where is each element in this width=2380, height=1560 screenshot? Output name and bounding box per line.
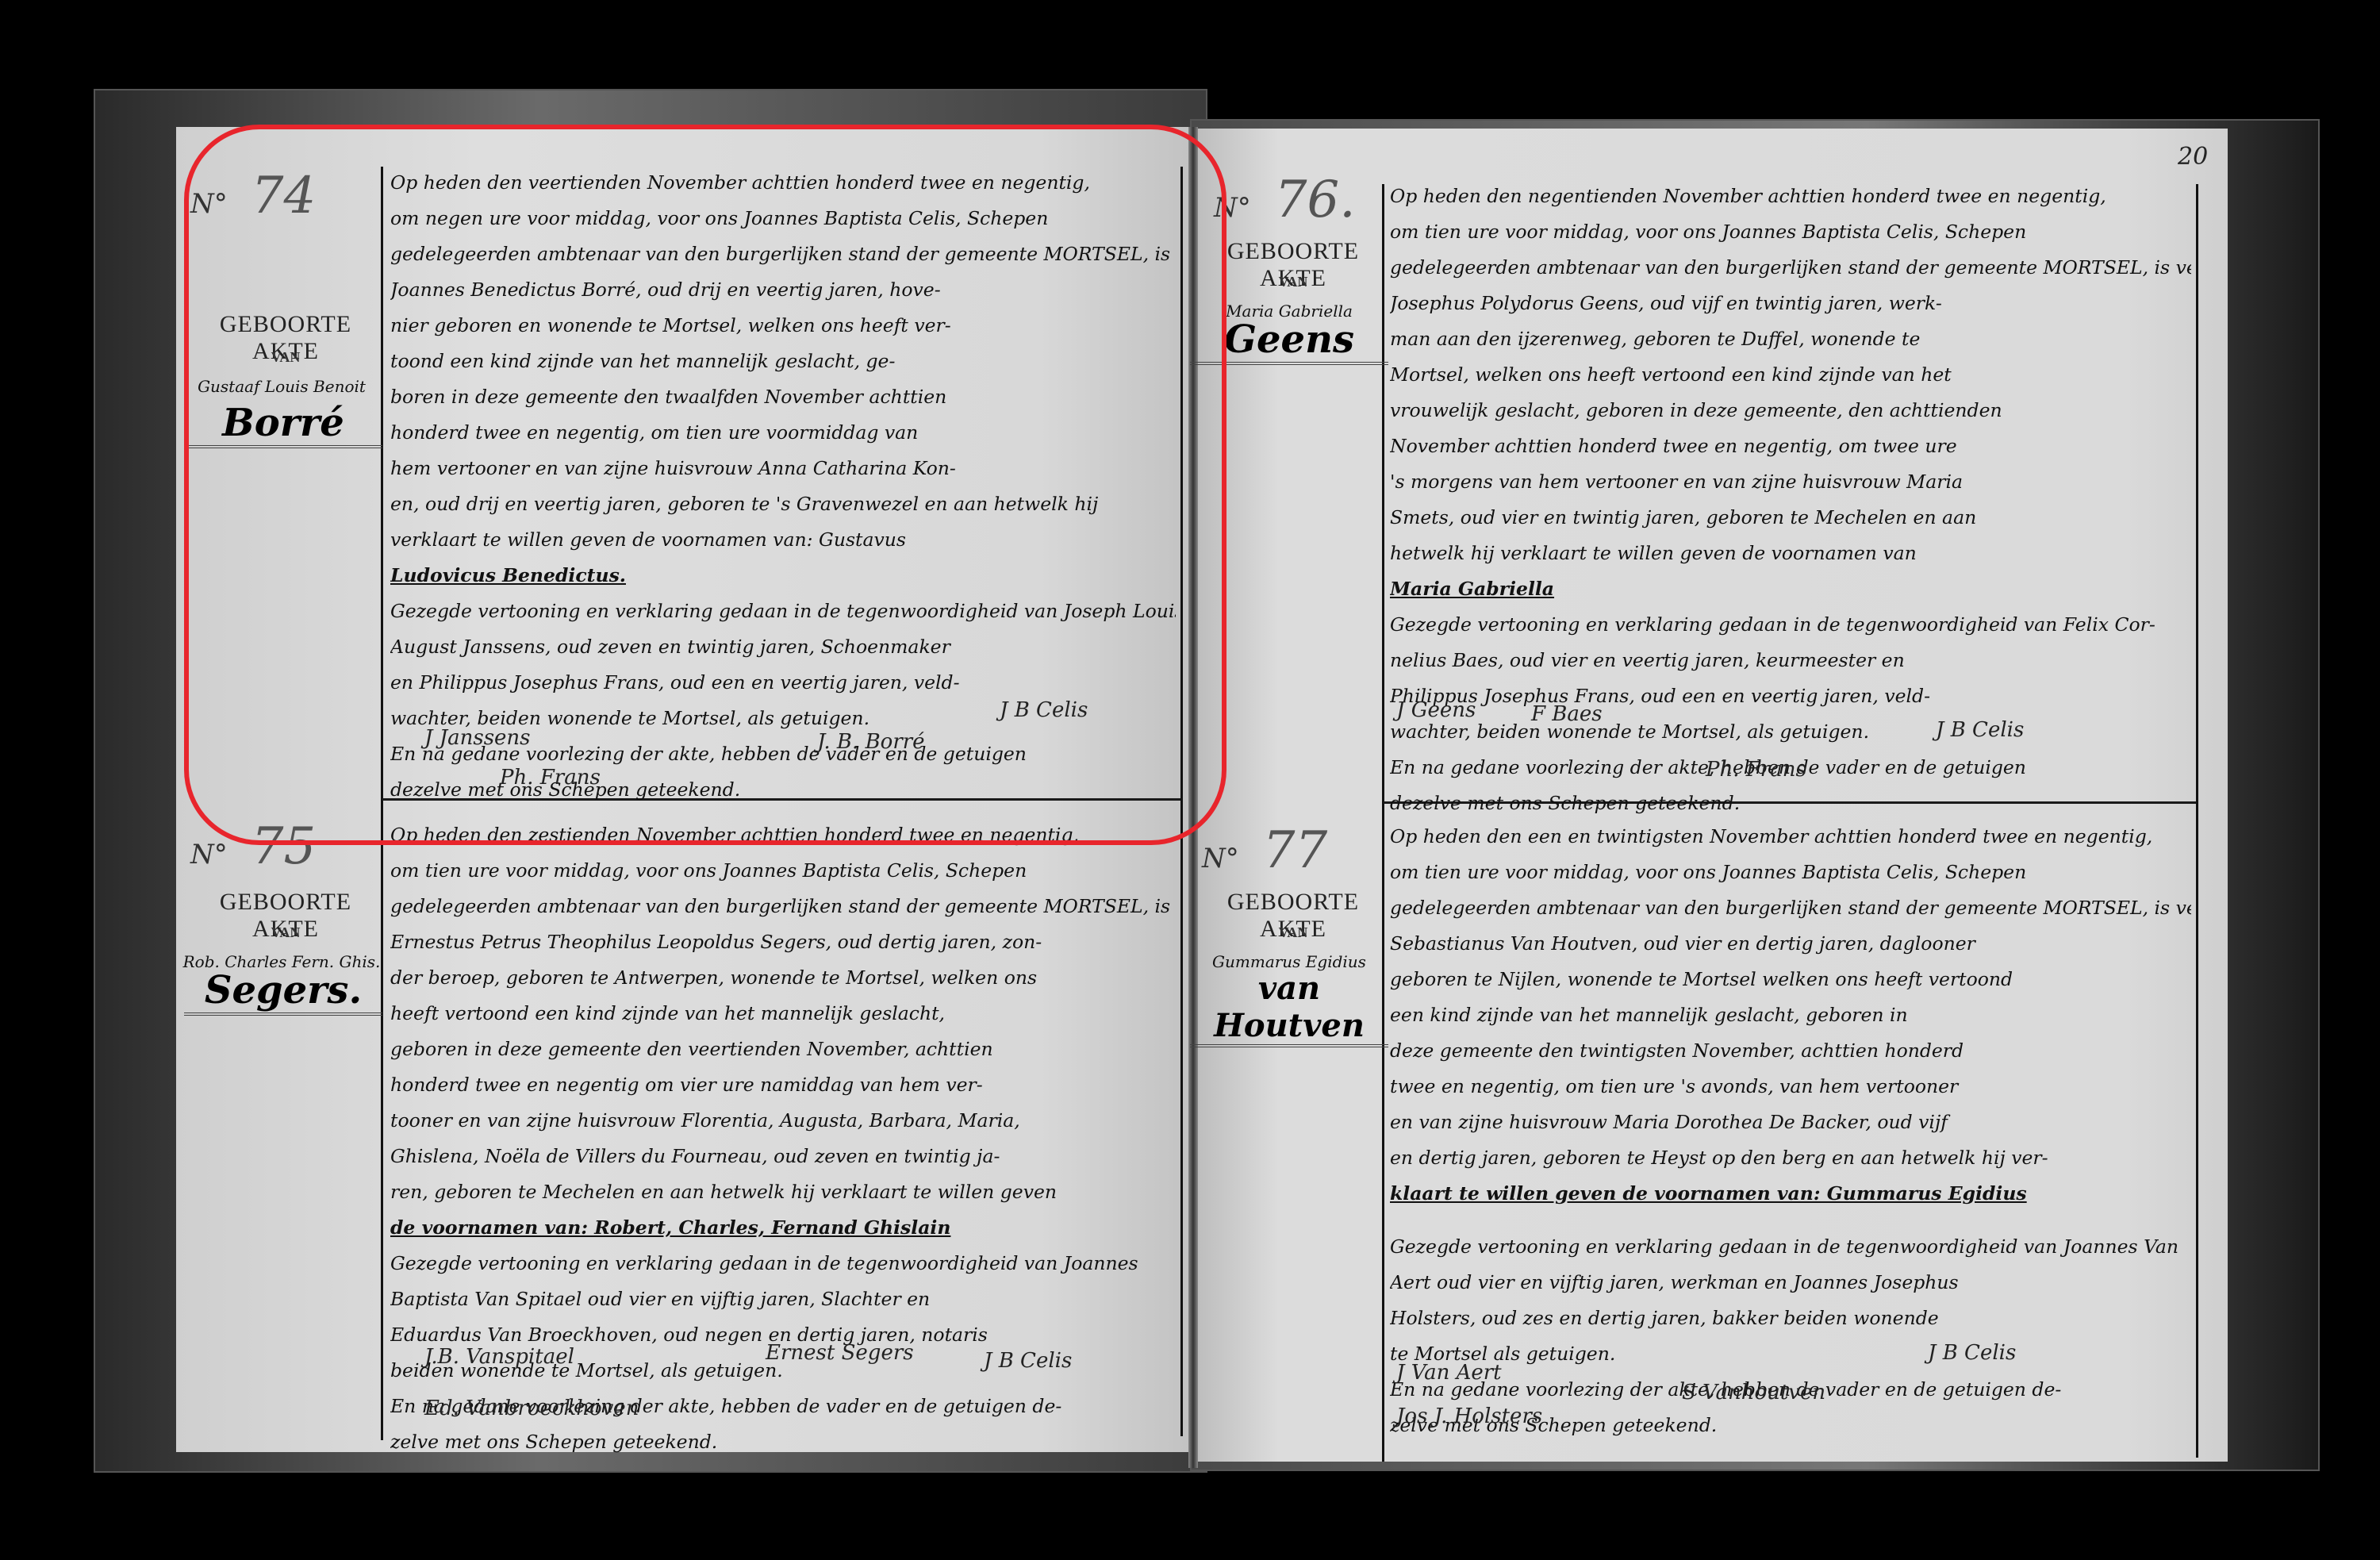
number-value: 77 bbox=[1263, 821, 1327, 880]
given-names-line: Ludovicus Benedictus. bbox=[390, 558, 1176, 594]
text-line: Joannes Benedictus Borré, oud drij en ve… bbox=[390, 272, 1176, 308]
text-line: Smets, oud vier en twintig jaren, gebore… bbox=[1390, 500, 2191, 536]
text-line: honderd twee en negentig, om tien ure vo… bbox=[390, 415, 1176, 451]
entry-van: VAN bbox=[190, 924, 381, 941]
entry-number: N°75 bbox=[190, 817, 316, 876]
text-line: boren in deze gemeente den twaalfden Nov… bbox=[390, 379, 1176, 415]
text-line: Philippus Josephus Frans, oud een en vee… bbox=[1390, 678, 2191, 714]
signature: Jos J. Holsters bbox=[1396, 1404, 1542, 1428]
number-label: N° bbox=[1214, 192, 1251, 224]
signature: J. B. Borré bbox=[817, 730, 925, 754]
text-line: geboren in deze gemeente den veertienden… bbox=[390, 1032, 1176, 1067]
text-line: om tien ure voor middag, voor ons Joanne… bbox=[390, 853, 1176, 889]
signature: J B Celis bbox=[1936, 718, 2024, 742]
signature: S Vanhoutven bbox=[1682, 1381, 1825, 1404]
child-given-names: Gummarus Egidius bbox=[1190, 952, 1388, 971]
text-line: gedelegeerden ambtenaar van den burgerli… bbox=[390, 236, 1176, 272]
text-line: Gezegde vertooning en verklaring gedaan … bbox=[390, 594, 1176, 629]
page-number: 20 bbox=[2178, 143, 2208, 171]
text-line: Op heden den zestienden November achttie… bbox=[390, 817, 1176, 853]
signature: J B Celis bbox=[984, 1349, 1072, 1373]
text-line: zelve met ons Schepen geteekend. bbox=[390, 1424, 1176, 1460]
text-line: dezelve met ons Schepen geteekend. bbox=[1390, 786, 2191, 821]
number-label: N° bbox=[190, 188, 228, 220]
text-line: Holsters, oud zes en dertig jaren, bakke… bbox=[1390, 1301, 2191, 1336]
text-line: Sebastianus Van Houtven, oud vier en der… bbox=[1390, 926, 2191, 962]
text-line: 's morgens van hem vertooner en van zijn… bbox=[1390, 464, 2191, 500]
text-line: nelius Baes, oud vier en veertig jaren, … bbox=[1390, 643, 2191, 678]
child-given-names: Gustaaf Louis Benoit bbox=[182, 377, 381, 396]
child-surname: Segers. bbox=[184, 968, 382, 1016]
text-line: ren, geboren te Mechelen en aan hetwelk … bbox=[390, 1174, 1176, 1210]
text-line: Aert oud vier en vijftig jaren, werkman … bbox=[1390, 1265, 2191, 1301]
text-line: Op heden den negentienden November achtt… bbox=[1390, 179, 2191, 214]
text-line: twee en negentig, om tien ure 's avonds,… bbox=[1390, 1069, 2191, 1105]
entry-number: N°74 bbox=[190, 167, 316, 225]
text-line: hem vertooner en van zijne huisvrouw Ann… bbox=[390, 451, 1176, 486]
text-line: tooner en van zijne huisvrouw Florentia,… bbox=[390, 1103, 1176, 1139]
signature: J B Celis bbox=[1000, 698, 1088, 722]
text-line: Gezegde vertooning en verklaring gedaan … bbox=[1390, 607, 2191, 643]
given-names-line: klaart te willen geven de voornamen van:… bbox=[1390, 1176, 2191, 1212]
text-line: honderd twee en negentig om vier ure nam… bbox=[390, 1067, 1176, 1103]
text-line: Ernestus Petrus Theophilus Leopoldus Seg… bbox=[390, 924, 1176, 960]
text-line: November achttien honderd twee en negent… bbox=[1390, 428, 2191, 464]
child-surname: Borré bbox=[184, 401, 382, 448]
text-line: Josephus Polydorus Geens, oud vijf en tw… bbox=[1390, 286, 2191, 321]
text-line: Op heden den een en twintigsten November… bbox=[1390, 819, 2191, 855]
text-line: Mortsel, welken ons heeft vertoond een k… bbox=[1390, 357, 2191, 393]
text-line: Gezegde vertooning en verklaring gedaan … bbox=[1390, 1229, 2191, 1265]
text-line: Ghislena, Noëla de Villers du Fourneau, … bbox=[390, 1139, 1176, 1174]
text-line: te Mortsel als getuigen. bbox=[1390, 1336, 2191, 1372]
signature: Ph. Frans bbox=[1706, 758, 1806, 782]
text-line: wachter, beiden wonende te Mortsel, als … bbox=[1390, 714, 2191, 750]
signature: J Geens bbox=[1396, 698, 1476, 722]
text-line: nier geboren en wonende te Mortsel, welk… bbox=[390, 308, 1176, 344]
text-line: hetwelk hij verklaart te willen geven de… bbox=[1390, 536, 2191, 571]
signature: J Van Aert bbox=[1396, 1361, 1502, 1385]
text-line: en, oud drij en veertig jaren, geboren t… bbox=[390, 486, 1176, 522]
signature: Ernest Segers bbox=[766, 1341, 914, 1365]
number-value: 74 bbox=[251, 167, 316, 225]
left-page-right-rule bbox=[1180, 167, 1183, 1436]
signature: J B Celis bbox=[1928, 1341, 2016, 1365]
signature: J.B. Vanspitael bbox=[424, 1345, 574, 1369]
text-line: Baptista Van Spitael oud vier en vijftig… bbox=[390, 1281, 1176, 1317]
entry-van: VAN bbox=[190, 349, 381, 366]
spacer bbox=[1390, 1212, 2191, 1229]
number-value: 76. bbox=[1275, 171, 1356, 229]
text-line: gedelegeerden ambtenaar van den burgerli… bbox=[1390, 250, 2191, 286]
entry-number: N°76. bbox=[1214, 171, 1356, 229]
number-value: 75 bbox=[251, 817, 316, 876]
right-page-right-rule bbox=[2196, 184, 2198, 1458]
text-line: vrouwelijk geslacht, geboren in deze gem… bbox=[1390, 393, 2191, 428]
text-line: verklaart te willen geven de voornamen v… bbox=[390, 522, 1176, 558]
text-line: heeft vertoond een kind zijnde van het m… bbox=[390, 996, 1176, 1032]
right-page-margin-rule bbox=[1382, 184, 1384, 1462]
child-surname: Geens bbox=[1190, 317, 1388, 365]
text-line: en dertig jaren, geboren te Heyst op den… bbox=[1390, 1140, 2191, 1176]
text-line: om tien ure voor middag, voor ons Joanne… bbox=[1390, 214, 2191, 250]
given-names-line: de voornamen van: Robert, Charles, Ferna… bbox=[390, 1210, 1176, 1246]
text-line: der beroep, geboren te Antwerpen, wonend… bbox=[390, 960, 1176, 996]
text-line: en Philippus Josephus Frans, oud een en … bbox=[390, 665, 1176, 701]
text-line: man aan den ijzerenweg, geboren te Duffe… bbox=[1390, 321, 2191, 357]
entry-van: VAN bbox=[1198, 924, 1388, 941]
text-line: toond een kind zijnde van het mannelijk … bbox=[390, 344, 1176, 379]
text-line: Op heden den veertienden November achtti… bbox=[390, 165, 1176, 201]
text-line: gedelegeerden ambtenaar van den burgerli… bbox=[390, 889, 1176, 924]
text-line: Gezegde vertooning en verklaring gedaan … bbox=[390, 1246, 1176, 1281]
text-line: August Janssens, oud zeven en twintig ja… bbox=[390, 629, 1176, 665]
given-names-line: Maria Gabriella bbox=[1390, 571, 2191, 607]
entry-van: VAN bbox=[1198, 274, 1388, 290]
signature: Ed. Vanbroeckhoven bbox=[424, 1397, 639, 1420]
child-surname: van Houtven bbox=[1190, 970, 1388, 1047]
text-line: deze gemeente den twintigsten November, … bbox=[1390, 1033, 2191, 1069]
page-number-value: 20 bbox=[2178, 143, 2208, 171]
entry-text: Op heden den negentienden November achtt… bbox=[1390, 179, 2191, 821]
text-line: om tien ure voor middag, voor ons Joanne… bbox=[1390, 855, 2191, 890]
signature: Ph. Frans bbox=[500, 766, 601, 790]
left-page-margin-rule bbox=[381, 167, 383, 1440]
signature: J Janssens bbox=[424, 726, 531, 750]
signature: F Baes bbox=[1531, 702, 1603, 726]
text-line: gedelegeerden ambtenaar van den burgerli… bbox=[1390, 890, 2191, 926]
number-label: N° bbox=[190, 839, 228, 870]
text-line: geboren te Nijlen, wonende te Mortsel we… bbox=[1390, 962, 2191, 997]
number-label: N° bbox=[1202, 843, 1239, 874]
text-line: om negen ure voor middag, voor ons Joann… bbox=[390, 201, 1176, 236]
text-line: een kind zijnde van het mannelijk geslac… bbox=[1390, 997, 2191, 1033]
entry-number: N°77 bbox=[1202, 821, 1327, 880]
text-line: en van zijne huisvrouw Maria Dorothea De… bbox=[1390, 1105, 2191, 1140]
entry-text: Op heden den een en twintigsten November… bbox=[1390, 819, 2191, 1443]
